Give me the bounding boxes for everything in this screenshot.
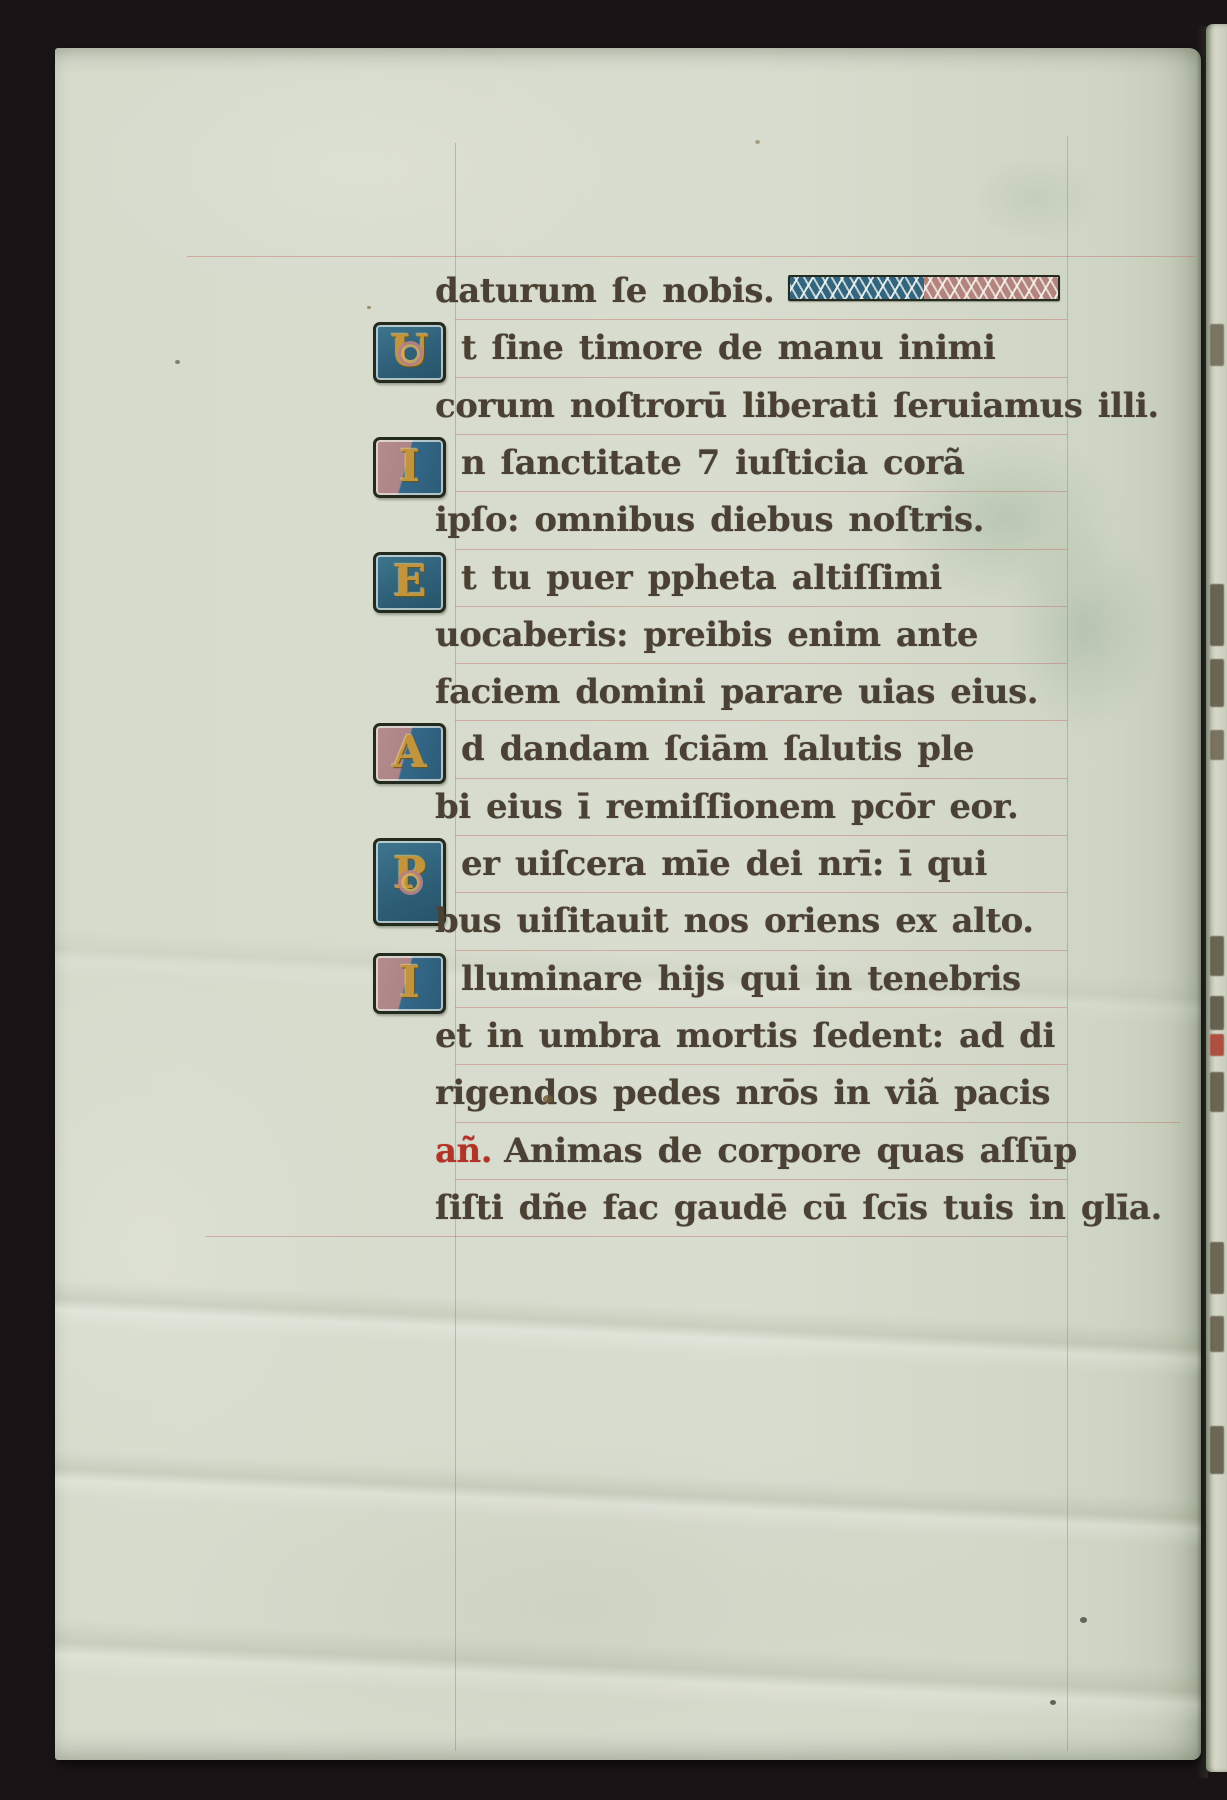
line-text: t ſine timore de manu inimi <box>461 328 995 368</box>
facing-page-text-fragment <box>1210 1316 1224 1352</box>
facing-page-text-fragment <box>1210 1242 1224 1294</box>
line-text: d dandam ſciām ſalutis ple <box>461 729 974 769</box>
line-text: uocaberis: preibis enim ante <box>435 615 978 655</box>
facing-page-text-fragment <box>1210 584 1224 646</box>
parchment-speck <box>755 140 760 144</box>
line-text: corum noſtrorū liberati ſeruiamus illi. <box>435 386 1159 426</box>
facing-page-edge <box>1206 24 1227 1772</box>
text-line-4: In ſanctitate 7 iuſticia corã <box>373 436 964 493</box>
illuminated-initial-I: I <box>373 953 446 1014</box>
parchment-crease <box>55 1448 1201 1558</box>
illuminated-initial-E: E <box>373 552 446 613</box>
parchment-speck <box>543 1095 553 1103</box>
text-line-12: bus uiſitauit nos oriens ex alto. <box>373 894 1034 951</box>
line-text: et in umbra mortis ſedent: ad di <box>435 1016 1055 1056</box>
facing-page-text-fragment <box>1210 1426 1224 1474</box>
facing-page-text-fragment <box>1210 1072 1224 1112</box>
illuminated-initial-U: U <box>373 322 446 383</box>
facing-page-text-fragment <box>1210 324 1224 366</box>
photo-backdrop: daturum ſe nobis.Ut ſine timore de manu … <box>0 0 1227 1800</box>
facing-page-text-fragment <box>1210 659 1224 707</box>
line-text: daturum ſe nobis. <box>435 271 774 311</box>
facing-page-text-fragment <box>1210 936 1224 976</box>
line-filler-ornament <box>788 275 1060 301</box>
text-line-13: Illuminare hijs qui in tenebris <box>373 952 1021 1009</box>
text-line-17: ſiſti dñe fac gaudē cū ſcīs tuis in glīa… <box>373 1181 1162 1238</box>
line-text: er uiſcera mīe dei nrī: ī qui <box>461 844 987 884</box>
ruling-line-top <box>187 256 1195 257</box>
text-line-1: daturum ſe nobis. <box>373 264 1060 321</box>
text-line-14: et in umbra mortis ſedent: ad di <box>373 1009 1055 1066</box>
text-line-10: bi eius ī remiſſionem pcōr eor. <box>373 780 1018 837</box>
text-line-2: Ut ſine timore de manu inimi <box>373 321 995 378</box>
line-text: n ſanctitate 7 iuſticia corã <box>461 443 964 483</box>
rubric-antiphon: añ. <box>435 1131 492 1171</box>
filler-blue-segment <box>790 277 924 299</box>
manuscript-page: daturum ſe nobis.Ut ſine timore de manu … <box>55 48 1201 1760</box>
parchment-speck <box>175 360 180 364</box>
text-line-15: rigendos pedes nrōs in viã pacis <box>373 1066 1050 1123</box>
line-text: bus uiſitauit nos oriens ex alto. <box>435 901 1034 941</box>
parchment-speck <box>1050 1700 1056 1705</box>
text-line-3: corum noſtrorū liberati ſeruiamus illi. <box>373 379 1159 436</box>
line-text: Animas de corpore quas aſſūp <box>504 1131 1077 1171</box>
line-text: bi eius ī remiſſionem pcōr eor. <box>435 787 1018 827</box>
line-text: lluminare hijs qui in tenebris <box>461 959 1021 999</box>
line-text: t tu puer ppheta altiſſimi <box>461 558 942 598</box>
text-line-16: añ.Animas de corpore quas aſſūp <box>373 1124 1077 1181</box>
text-line-8: faciem domini parare uias eius. <box>373 665 1038 722</box>
line-text: ipſo: omnibus diebus noſtris. <box>435 500 984 540</box>
facing-page-rubric-fragment <box>1210 1034 1224 1056</box>
text-line-6: Et tu puer ppheta altiſſimi <box>373 551 942 608</box>
line-text: rigendos pedes nrōs in viã pacis <box>435 1073 1050 1113</box>
line-text: ſiſti dñe fac gaudē cū ſcīs tuis in glīa… <box>435 1188 1162 1228</box>
text-line-9: Ad dandam ſciām ſalutis ple <box>373 722 974 779</box>
parchment-speck <box>1080 1617 1087 1623</box>
parchment-speck <box>367 306 371 309</box>
text-line-5: ipſo: omnibus diebus noſtris. <box>373 493 984 550</box>
illuminated-initial-A: A <box>373 723 446 784</box>
parchment-crease <box>55 1608 1201 1748</box>
text-line-7: uocaberis: preibis enim ante <box>373 608 978 665</box>
line-text: faciem domini parare uias eius. <box>435 672 1038 712</box>
illuminated-initial-I: I <box>373 437 446 498</box>
text-line-11: Per uiſcera mīe dei nrī: ī qui <box>373 837 987 894</box>
filler-rose-segment <box>924 277 1058 299</box>
facing-page-text-fragment <box>1210 996 1224 1030</box>
facing-page-text-fragment <box>1210 730 1224 760</box>
parchment-crease <box>55 1278 1201 1388</box>
